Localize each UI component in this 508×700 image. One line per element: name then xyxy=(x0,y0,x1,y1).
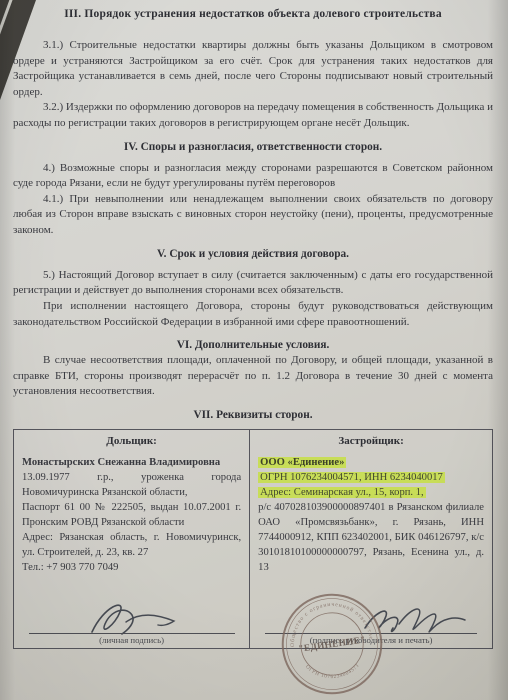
dolshik-passport-line: Паспорт 61 00 № 222505, выдан 10.07.2001… xyxy=(22,500,241,530)
company-ogrn-line: ОГРН 1076234004571, ИНН 6234040017 xyxy=(258,470,484,485)
dolshik-signature-caption: (личная подпись) xyxy=(22,634,241,646)
section-heading-vi: VI. Дополнительные условия. xyxy=(13,339,493,351)
section-heading-iv: IV. Споры и разногласия, ответственности… xyxy=(13,141,493,153)
paragraph-3-2: 3.2.) Издержки по оформлению договоров н… xyxy=(13,100,493,131)
zastroyshik-header: Застройщик: xyxy=(250,430,492,453)
company-address: Адрес: Семинарская ул., 15, корп. 1, xyxy=(258,487,426,498)
company-address-line: Адрес: Семинарская ул., 15, корп. 1, xyxy=(258,485,484,500)
paragraph-4-1: 4.1.) При невыполнении или ненадлежащем … xyxy=(13,192,493,239)
company-ogrn-inn: ОГРН 1076234004571, ИНН 6234040017 xyxy=(258,472,445,483)
dolshik-column: Дольщик: Монастырских Снежанна Владимиро… xyxy=(14,430,249,648)
dolshik-phone-line: Тел.: +7 903 770 7049 xyxy=(22,560,241,575)
section-heading-vii: VII. Реквизиты сторон. xyxy=(13,409,493,421)
parties-table: Дольщик: Монастырских Снежанна Владимиро… xyxy=(13,429,493,649)
dolshik-address-line: Адрес: Рязанская область, г. Новомичурин… xyxy=(22,530,241,560)
dolshik-header: Дольщик: xyxy=(14,430,249,453)
section-heading-iii: III. Порядок устранения недостатков объе… xyxy=(13,8,493,20)
dolshik-signature-zone: (личная подпись) xyxy=(22,598,241,648)
company-bank-details: р/с 407028103900000897401 в Рязанском фи… xyxy=(258,500,484,575)
zastroyshik-details: ООО «Единение» ОГРН 1076234004571, ИНН 6… xyxy=(250,453,492,648)
zastroyshik-signature-caption: (подпись руководителя и печать) xyxy=(258,634,484,646)
paragraph-5-cont: При исполнении настоящего Договора, стор… xyxy=(13,299,493,330)
svg-text:ОГРН 1076234004571: ОГРН 1076234004571 xyxy=(304,657,363,684)
company-name: ООО «Единение» xyxy=(258,457,346,468)
paragraph-4: 4.) Возможные споры и разногласия между … xyxy=(13,161,493,192)
document-photo: III. Порядок устранения недостатков объе… xyxy=(0,0,508,700)
paragraph-5: 5.) Настоящий Договор вступает в силу (с… xyxy=(13,268,493,299)
paragraph-6: В случае несоответствия площади, оплачен… xyxy=(13,353,493,400)
section-heading-v: V. Срок и условия действия договора. xyxy=(13,248,493,260)
zastroyshik-column: Застройщик: ООО «Единение» ОГРН 10762340… xyxy=(249,430,492,648)
dolshik-birth-line: 13.09.1977 г.р., уроженка города Новомич… xyxy=(22,470,241,500)
zastroyshik-signature-zone: (подпись руководителя и печать) xyxy=(258,598,484,648)
stamp-ring-text-bottom: ОГРН 1076234004571 xyxy=(304,657,363,684)
dolshik-name: Монастырских Снежанна Владимировна xyxy=(22,455,241,470)
company-name-line: ООО «Единение» xyxy=(258,455,484,470)
paragraph-3-1: 3.1.) Строительные недостатки квартиры д… xyxy=(13,38,493,100)
dolshik-details: Монастырских Снежанна Владимировна 13.09… xyxy=(14,453,249,648)
contract-page: III. Порядок устранения недостатков объе… xyxy=(13,8,493,649)
